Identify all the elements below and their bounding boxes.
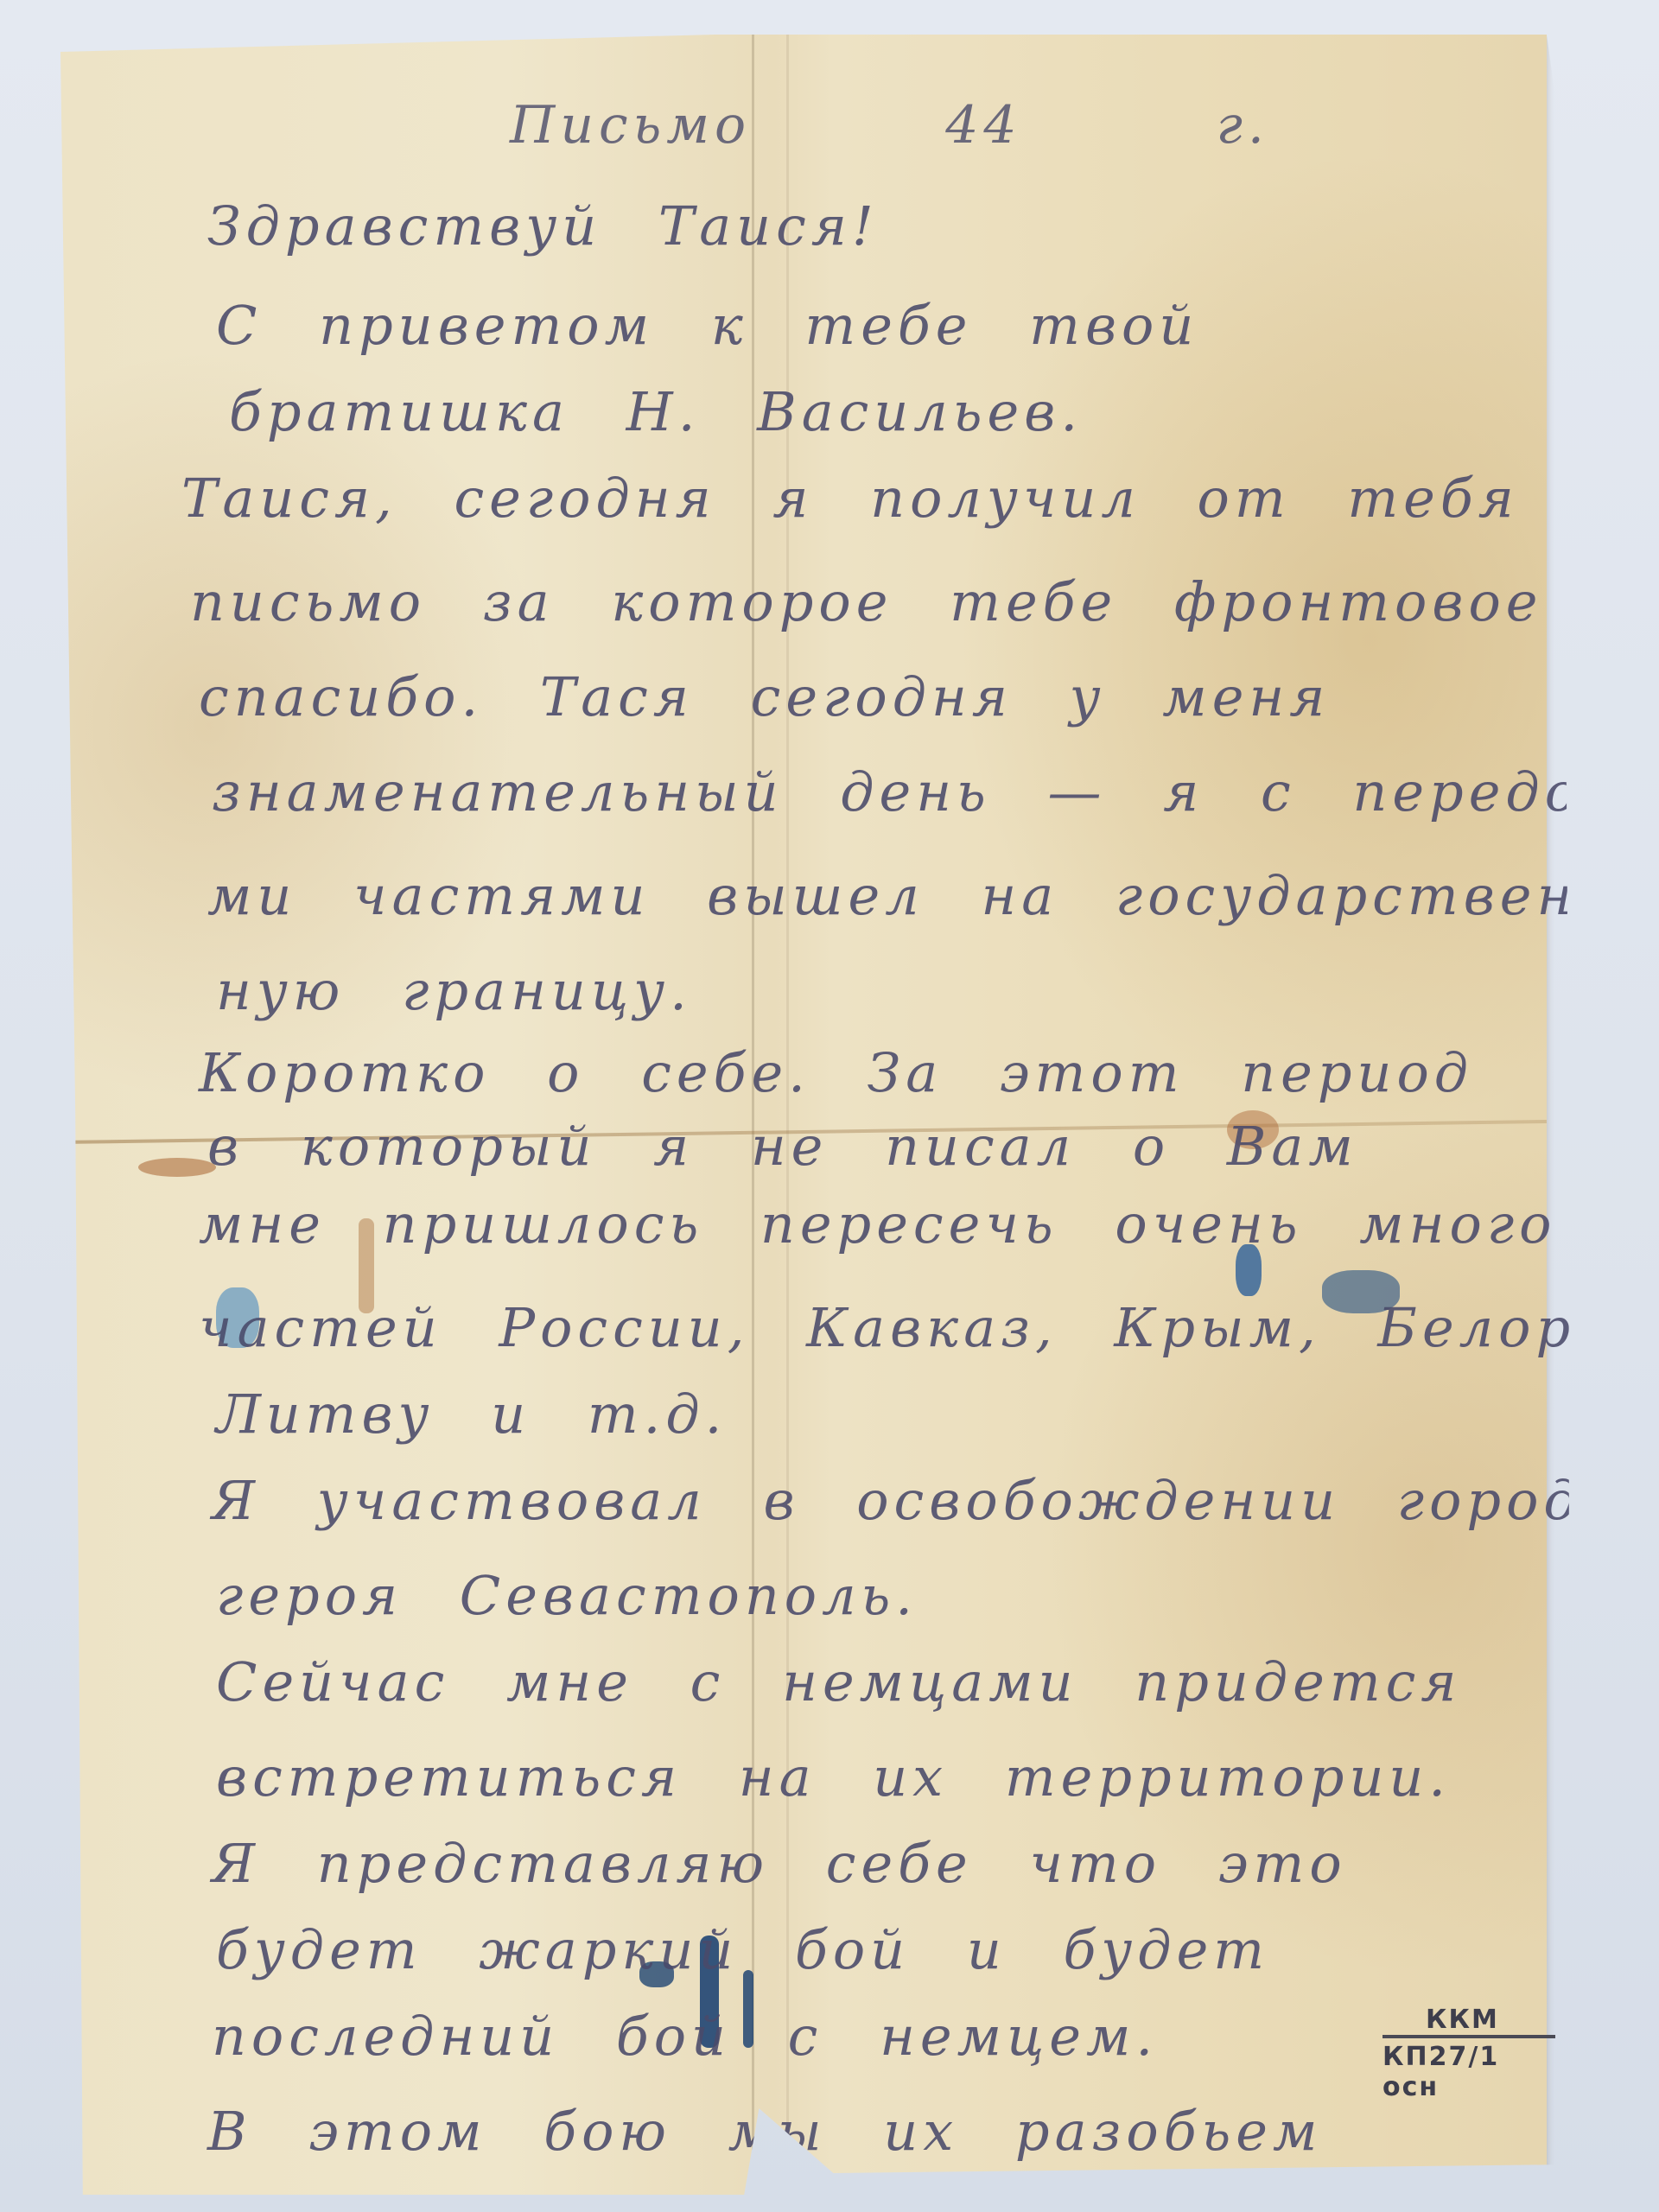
letter-line: письмо за которое тебе фронтовое (190, 570, 1542, 633)
archive-inventory-mark: ККМ КП27/1 осн (1382, 2005, 1555, 2102)
letter-line: ми частями вышел на государствен- (207, 864, 1600, 927)
letter-line: спасибо. Тася сегодня у меня (199, 665, 1330, 728)
letter-line: будет жаркий бой и будет (216, 1918, 1269, 1981)
letter-header: Письмо 44 г. (510, 95, 1269, 156)
letter-paper: Письмо 44 г. Здравствуй Таися!С приветом… (60, 35, 1547, 2195)
letter-line: мне пришлось пересечь очень много (199, 1192, 1556, 1255)
letter-date: 44 г. (945, 95, 1269, 156)
letter-line: встретиться на их территории. (216, 1745, 1451, 1808)
letter-line: знаменательный день — я с передовы- (212, 760, 1659, 823)
letter-line: Таися, сегодня я получил от тебя (181, 467, 1519, 530)
archive-mark-top: ККМ (1382, 2005, 1555, 2038)
letter-line: ную границу. (216, 959, 692, 1022)
letter-line: в который я не писал о Вам (207, 1115, 1358, 1178)
letter-line: Литву и т.д. (216, 1382, 727, 1446)
letter-line: С приветом к тебе твой (216, 294, 1198, 357)
letter-line: частей России, Кавказ, Крым, Белоруссию, (199, 1296, 1659, 1359)
letter-line: Я представляю себе что это (212, 1832, 1347, 1895)
letter-line: героя Севастополь. (216, 1564, 918, 1627)
letter-line: Сейчас мне с немцами придется (216, 1650, 1461, 1713)
rust-stain (138, 1158, 216, 1177)
letter-line: Коротко о себе. За этот период (199, 1041, 1473, 1104)
letter-line: Здравствуй Таися! (207, 194, 879, 257)
letter-line: Я участвовал в освобождении города (212, 1469, 1620, 1532)
letter-line: В этом бою мы их разобьем (207, 2100, 1322, 2163)
letter-line: братишка Н. Васильев. (229, 380, 1083, 443)
letter-title: Письмо (510, 95, 751, 156)
letter-line: последний бой с немцем. (212, 2005, 1158, 2068)
archive-mark-bottom: КП27/1 осн (1382, 2042, 1555, 2102)
